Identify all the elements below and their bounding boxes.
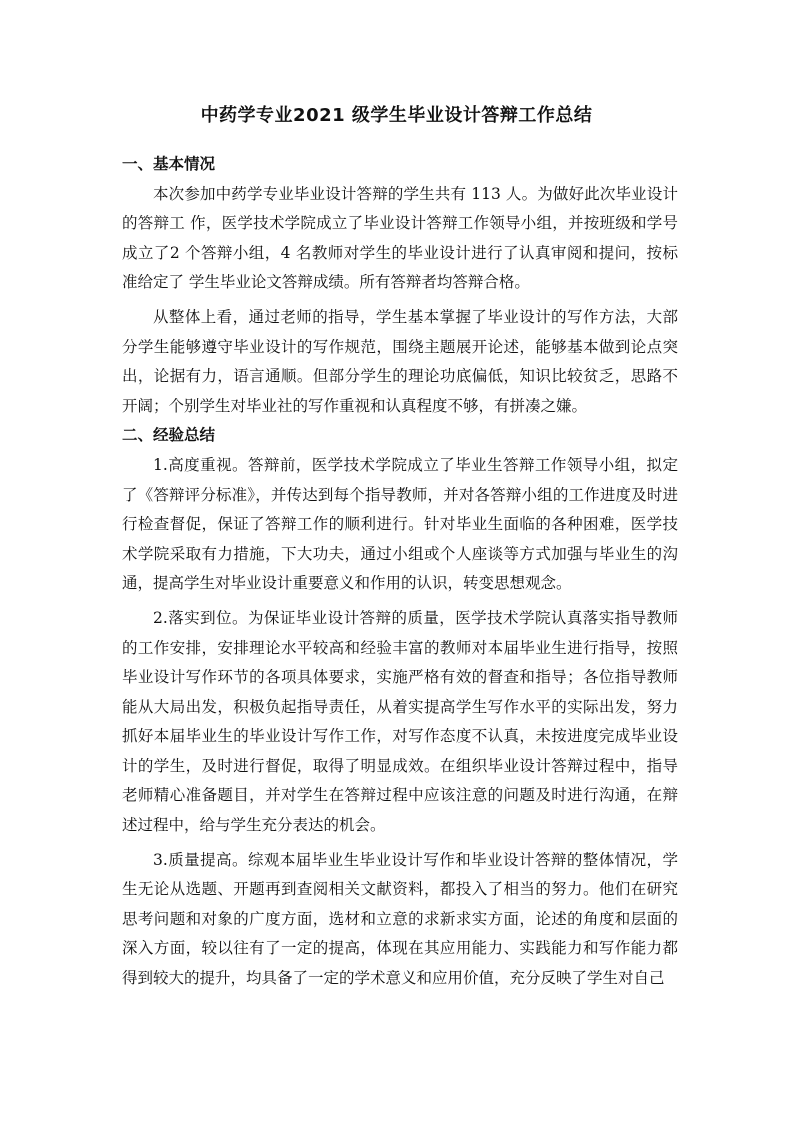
document-title: 中药学专业2021 级学生毕业设计答辩工作总结 [0,102,793,130]
document-body: 一、基本情况 本次参加中药学专业毕业设计答辩的学生共有 113 人。为做好此次毕… [122,150,678,994]
document-page: 中药学专业2021 级学生毕业设计答辩工作总结 一、基本情况 本次参加中药学专业… [0,0,793,1122]
section-heading: 一、基本情况 [122,150,678,180]
paragraph: 3.质量提高。综观本届毕业生毕业设计写作和毕业设计答辩的整体情况，学生无论从选题… [122,846,678,994]
section-heading: 二、经验总结 [122,421,678,451]
section-experience-summary: 二、经验总结 1.高度重视。答辩前，医学技术学院成立了毕业生答辩工作领导小组，拟… [122,421,678,993]
paragraph: 2.落实到位。为保证毕业设计答辩的质量，医学技术学院认真落实指导教师的工作安排，… [122,604,678,841]
paragraph: 从整体上看，通过老师的指导，学生基本掌握了毕业设计的写作方法，大部分学生能够遵守… [122,303,678,421]
paragraph: 本次参加中药学专业毕业设计答辩的学生共有 113 人。为做好此次毕业设计的答辩工… [122,180,678,298]
paragraph: 1.高度重视。答辩前，医学技术学院成立了毕业生答辩工作领导小组，拟定了《答辩评分… [122,451,678,599]
section-basic-situation: 一、基本情况 本次参加中药学专业毕业设计答辩的学生共有 113 人。为做好此次毕… [122,150,678,421]
